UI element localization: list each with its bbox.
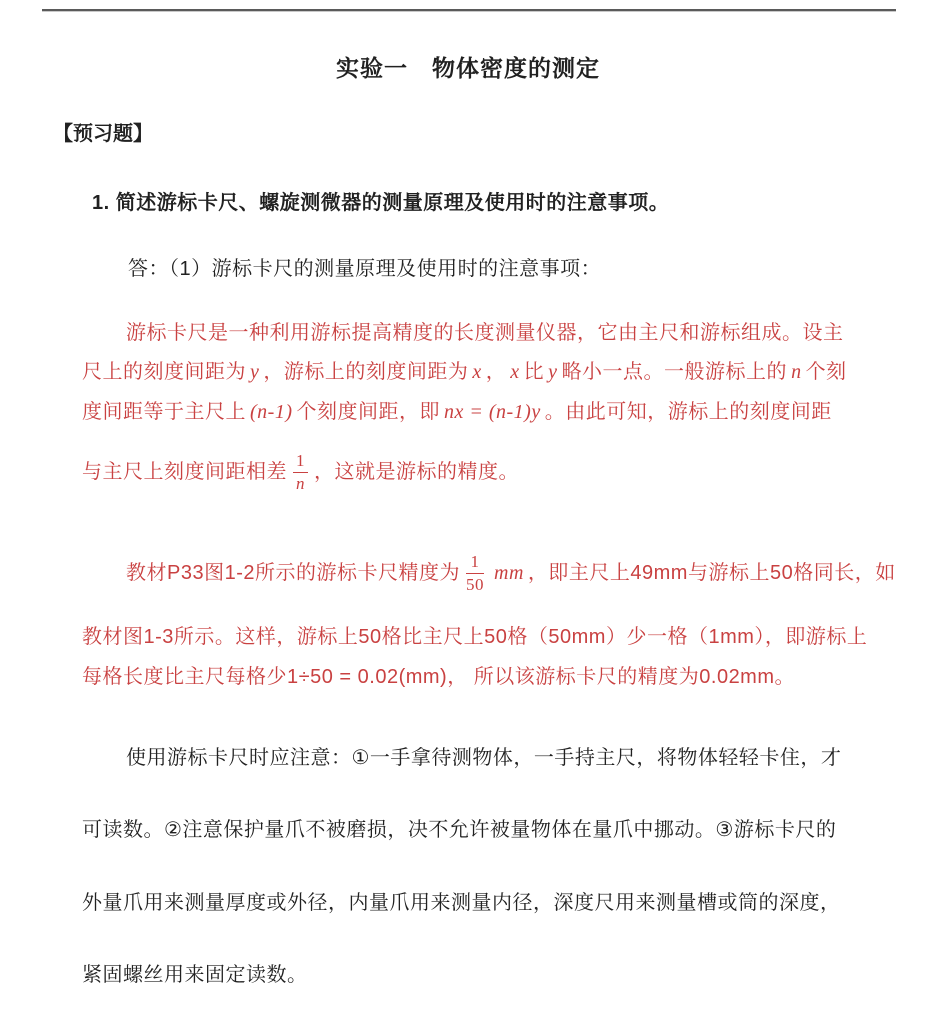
- fraction: 1n: [293, 451, 308, 493]
- plain-text: ，这就是游标的精度。: [314, 459, 519, 486]
- plain-text: ，即主尺上49mm与游标上50格同长，如: [528, 560, 896, 587]
- text-line: 尺上的刻度间距为y，游标上的刻度间距为x，x比y略小一点。一般游标上的n个刻: [82, 359, 847, 386]
- math-text: x: [472, 361, 481, 383]
- plain-text: 比: [524, 361, 545, 383]
- fraction-numerator: 1: [293, 451, 308, 473]
- plain-text: 。由此可知，游标上的刻度间距: [545, 401, 832, 423]
- plain-text: 度间距等于主尺上: [82, 401, 246, 423]
- plain-text: 略小一点。一般游标上的: [562, 361, 788, 383]
- plain-text: 与主尺上刻度间距相差: [82, 459, 287, 486]
- plain-text: ，游标上的刻度间距为: [263, 361, 468, 383]
- text-line: 可读数。②注意保护量爪不被磨损，决不允许被量物体在量爪中挪动。③游标卡尺的: [82, 817, 836, 844]
- text-line: 每格长度比主尺每格少1÷50 = 0.02(mm)， 所以该游标卡尺的精度为0.…: [82, 664, 795, 691]
- plain-text: 个刻: [806, 361, 847, 383]
- math-text: mm: [494, 560, 524, 587]
- plain-text: 游标卡尺是一种利用游标提高精度的长度测量仪器，它由主尺和游标组成。设主: [126, 322, 844, 344]
- plain-text: 可读数。②注意保护量爪不被磨损，决不允许被量物体在量爪中挪动。③游标卡尺的: [82, 819, 836, 841]
- plain-text: 外量爪用来测量厚度或外径，内量爪用来测量内径，深度尺用来测量槽或筒的深度，: [82, 892, 841, 914]
- fraction-numerator: 1: [466, 552, 484, 574]
- math-text: nx = (n-1)y: [444, 401, 541, 423]
- fraction: 150: [466, 552, 484, 594]
- text-line: 度间距等于主尺上(n-1)个刻度间距，即nx = (n-1)y。由此可知，游标上…: [82, 399, 832, 426]
- math-text: (n-1): [250, 401, 292, 423]
- text-line: 与主尺上刻度间距相差1n，这就是游标的精度。: [82, 442, 519, 502]
- plain-text: 教材P33图1-2所示的游标卡尺精度为: [126, 560, 460, 587]
- body-content: 游标卡尺是一种利用游标提高精度的长度测量仪器，它由主尺和游标组成。设主尺上的刻度…: [82, 0, 894, 1017]
- plain-text: 教材图1-3所示。这样，游标上50格比主尺上50格（50mm）少一格（1mm），…: [82, 626, 867, 648]
- text-line: 紧固螺丝用来固定读数。: [82, 962, 308, 989]
- text-line: 外量爪用来测量厚度或外径，内量爪用来测量内径，深度尺用来测量槽或筒的深度，: [82, 890, 841, 917]
- plain-text: 紧固螺丝用来固定读数。: [82, 964, 308, 986]
- plain-text: 尺上的刻度间距为: [82, 361, 246, 383]
- text-line: 游标卡尺是一种利用游标提高精度的长度测量仪器，它由主尺和游标组成。设主: [82, 320, 844, 347]
- plain-text: ，: [486, 361, 507, 383]
- math-text: y: [250, 361, 259, 383]
- text-line: 教材P33图1-2所示的游标卡尺精度为150mm，即主尺上49mm与游标上50格…: [82, 543, 896, 603]
- fraction-denominator: n: [293, 473, 308, 494]
- plain-text: 每格长度比主尺每格少1÷50 = 0.02(mm)， 所以该游标卡尺的精度为0.…: [82, 666, 795, 688]
- math-text: n: [791, 361, 802, 383]
- text-line: 使用游标卡尺时应注意：①一手拿待测物体，一手持主尺，将物体轻轻卡住，才: [82, 745, 841, 772]
- plain-text: 个刻度间距，即: [296, 401, 440, 423]
- text-line: 教材图1-3所示。这样，游标上50格比主尺上50格（50mm）少一格（1mm），…: [82, 624, 867, 651]
- math-text: y: [548, 361, 557, 383]
- fraction-denominator: 50: [466, 574, 484, 595]
- plain-text: 使用游标卡尺时应注意：①一手拿待测物体，一手持主尺，将物体轻轻卡住，才: [126, 747, 841, 769]
- math-text: x: [510, 361, 519, 383]
- document-page: 实验一 物体密度的测定 【预习题】 1. 简述游标卡尺、螺旋测微器的测量原理及使…: [0, 0, 936, 1017]
